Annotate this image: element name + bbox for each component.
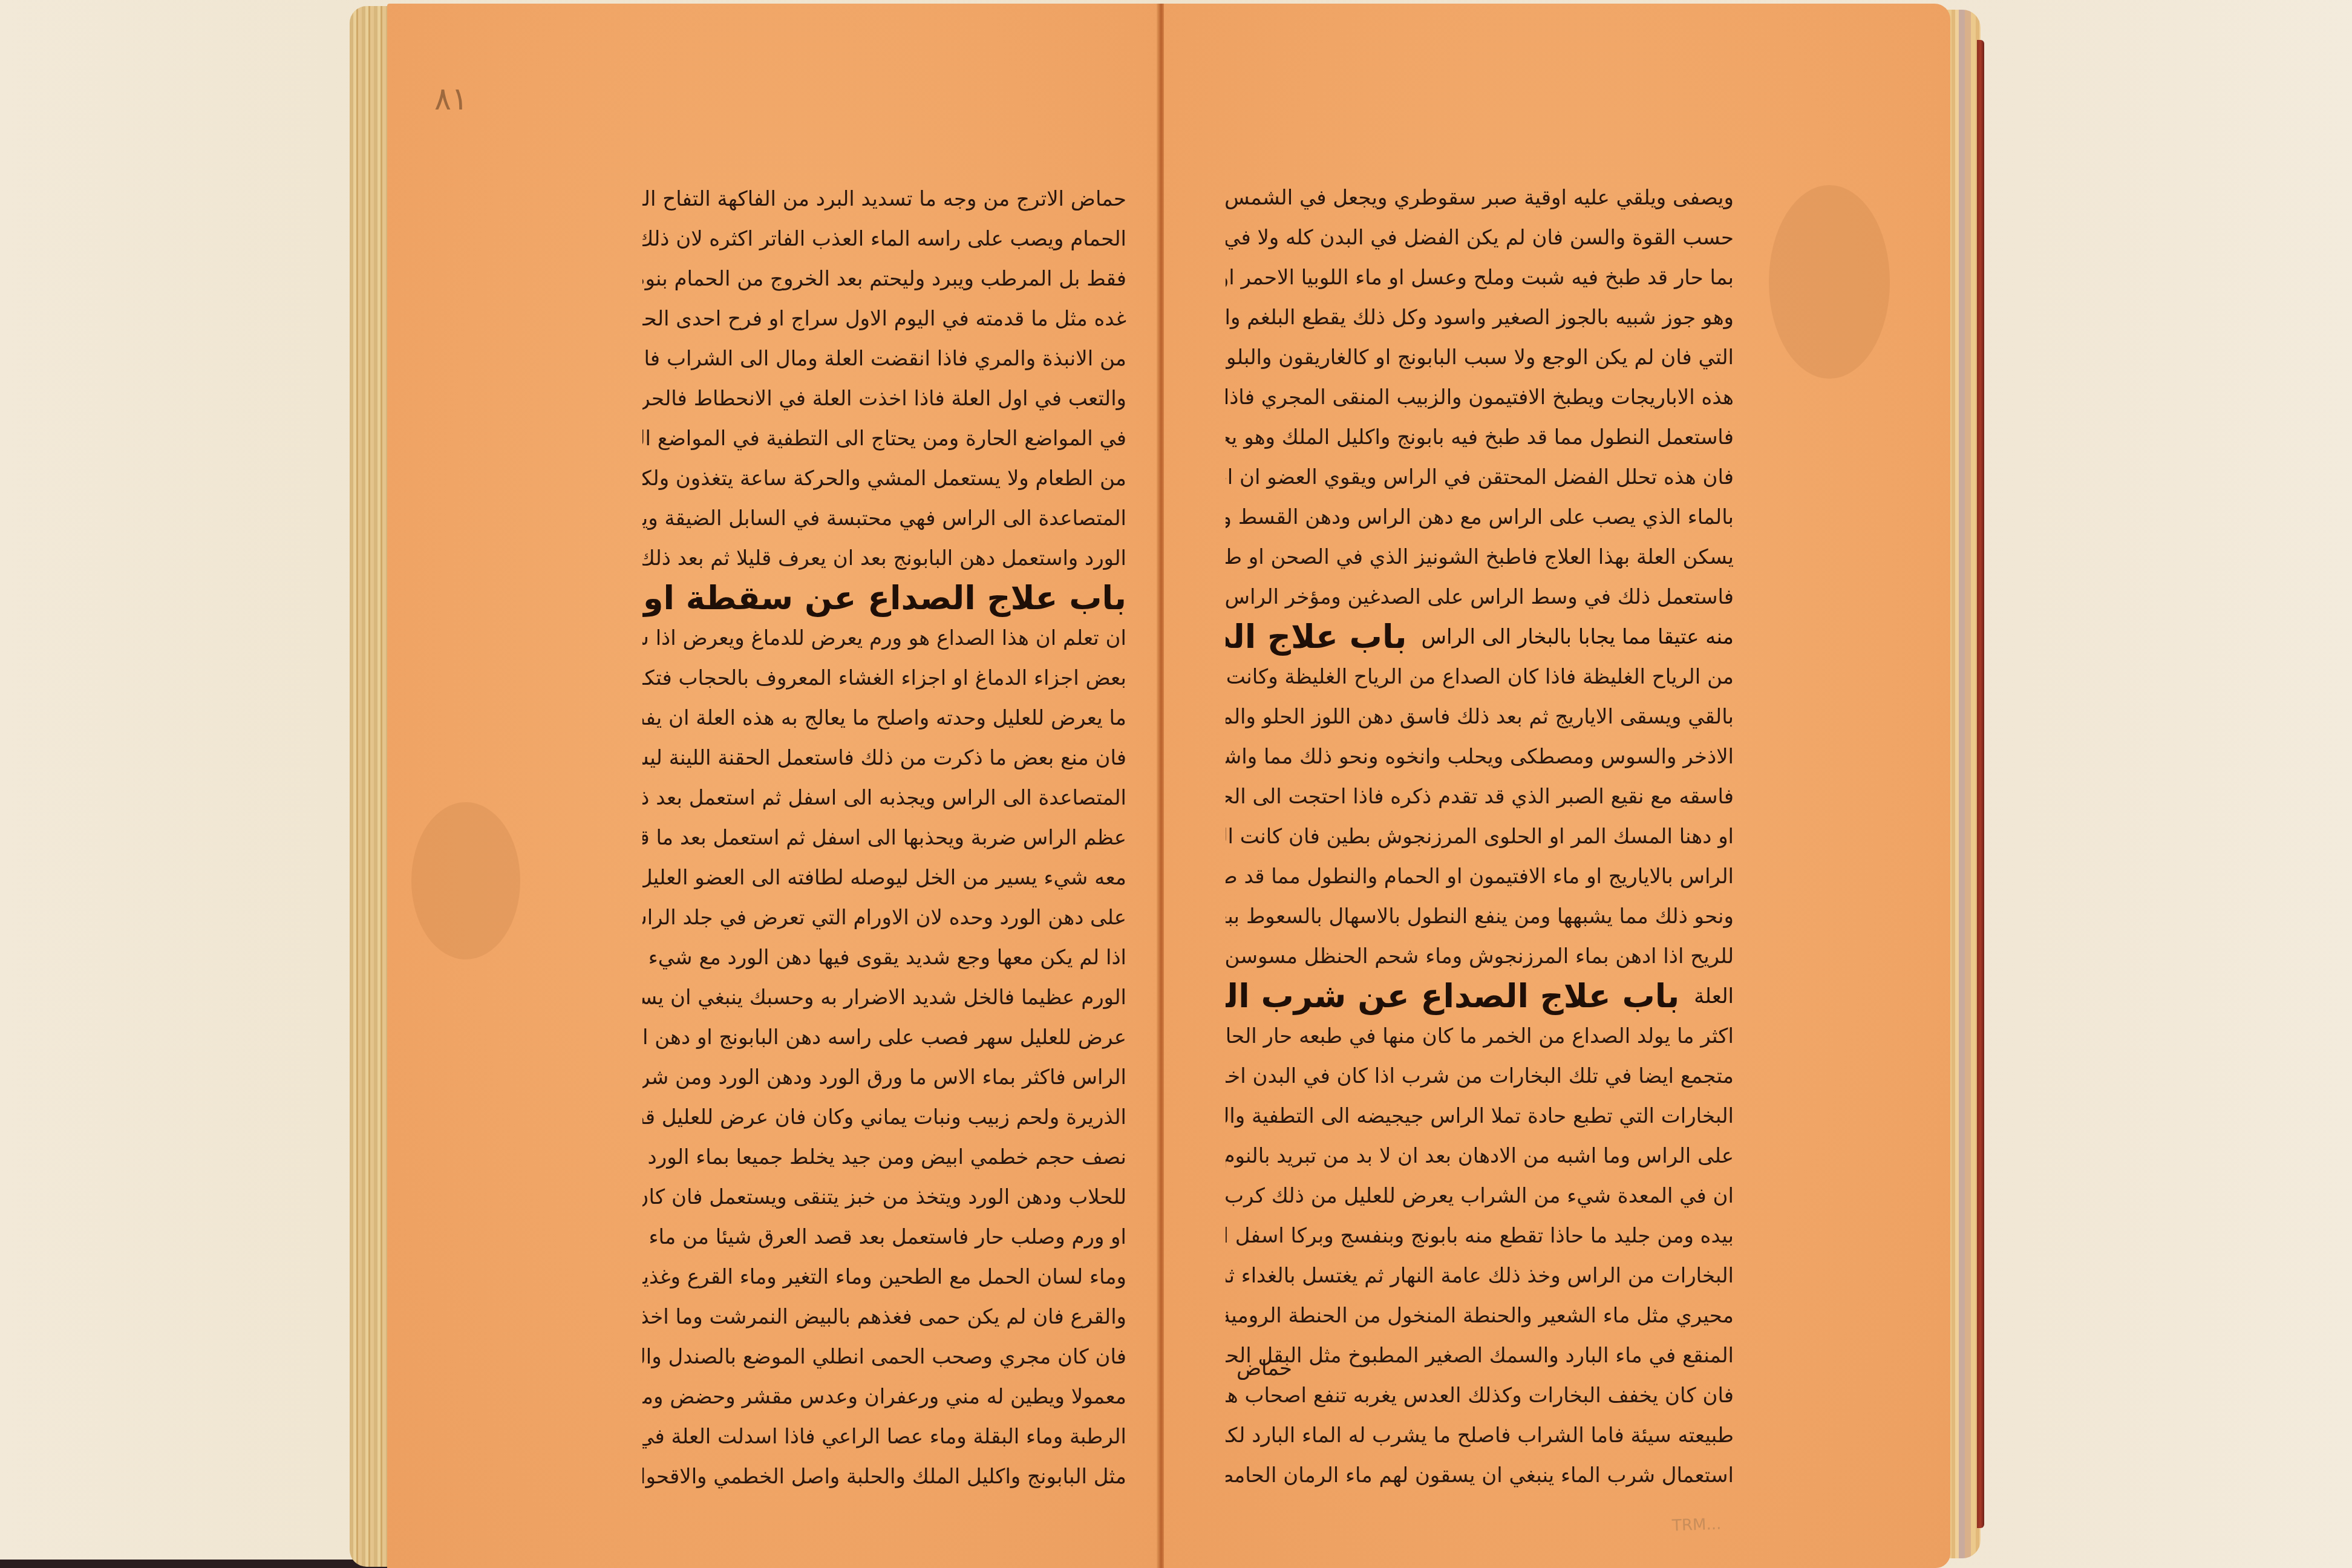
- text-line: الورد واستعمل دهن البابونج بعد ان يعرف ق…: [642, 538, 1126, 578]
- text-line: التي فان لم يكن الوجع ولا سبب البابونج ا…: [1226, 338, 1734, 377]
- text-line: الراس فاكثر بماء الاس ما ورق الورد ودهن …: [642, 1057, 1126, 1097]
- text-line: اكثر ما يولد الصداع من الخمر ما كان منها…: [1226, 1016, 1734, 1056]
- text-line: حماض الاترج من وجه ما تسديد البرد من الف…: [642, 179, 1126, 219]
- text-line: البخارات من الراس وخذ ذلك عامة النهار ثم…: [1226, 1256, 1734, 1296]
- pencil-annotation: TRM...: [1672, 1515, 1722, 1535]
- text-line: يسكن العلة بهذا العلاج فاطبخ الشونيز الذ…: [1226, 537, 1734, 577]
- open-manuscript: ٨١ حماض الاترج من وجه ما تسديد البرد من …: [350, 4, 1990, 1568]
- text-line: الورم عظيما فالخل شديد الاضرار به وحسبك …: [642, 978, 1126, 1018]
- text-line: من الانبذة والمري فاذا انقضت العلة ومال …: [642, 339, 1126, 379]
- text-line: فاسقه مع نقيع الصبر الذي قد تقدم ذكره فا…: [1226, 777, 1734, 817]
- text-line: استعمال شرب الماء ينبغي ان يسقون لهم ماء…: [1226, 1455, 1734, 1495]
- text-line: او ورم وصلب حار فاستعمل بعد قصد العرق شي…: [642, 1217, 1126, 1257]
- text-line: وماء لسان الحمل مع الطحين وماء التغير وم…: [642, 1257, 1126, 1297]
- text-line: ان تعلم ان هذا الصداع هو ورم يعرض للدماغ…: [642, 618, 1126, 658]
- left-page: ٨١ حماض الاترج من وجه ما تسديد البرد من …: [387, 4, 1159, 1568]
- text-fragment: منه عتيقا مما يجابا بالبخار الى الراس: [1421, 617, 1734, 657]
- left-text-block: حماض الاترج من وجه ما تسديد البرد من الف…: [642, 179, 1126, 1497]
- text-line: فاستعمل النطول مما قد طبخ فيه بابونج واك…: [1226, 417, 1734, 457]
- text-line: نصف حجم خطمي ابيض ومن جيد يخلط جميعا بما…: [642, 1137, 1126, 1177]
- text-line: متجمع ايضا في تلك البخارات من شرب اذا كا…: [1226, 1056, 1734, 1096]
- text-line: المنقع في ماء البارد والسمك الصغير المطب…: [1226, 1336, 1734, 1376]
- text-line: معمولا ويطين له مني ورعفران وعدس مقشر وح…: [642, 1377, 1126, 1417]
- text-line: والقرع فان لم يكن حمى فغذهم بالبيض النمر…: [642, 1297, 1126, 1337]
- text-line: ويصفى ويلقي عليه اوقية صبر سقوطري ويجعل …: [1226, 178, 1734, 218]
- text-line: على الراس وما اشبه من الادهان بعد ان لا …: [1226, 1136, 1734, 1176]
- text-line: معه شيء يسير من الخل ليوصله لطافته الى ا…: [642, 858, 1126, 898]
- text-line: بما حار قد طبخ فيه شبت وملح وعسل او ماء …: [1226, 258, 1734, 298]
- text-line: بعض اجزاء الدماغ او اجزاء الغشاء المعروف…: [642, 658, 1126, 698]
- right-page: ويصفى ويلقي عليه اوقية صبر سقوطري ويجعل …: [1164, 4, 1950, 1568]
- text-line: المتصاعدة الى الراس فهي محتبسة في السابل…: [642, 498, 1126, 538]
- text-line: ونحو ذلك مما يشبهها ومن ينفع النطول بالا…: [1226, 897, 1734, 936]
- text-line: للحلاب ودهن الورد ويتخذ من خبز يتنقى ويس…: [642, 1177, 1126, 1217]
- text-line: في المواضع الحارة ومن يحتاج الى التطفية …: [642, 419, 1126, 459]
- text-line: عرض للعليل سهر فصب على راسه دهن البابونج…: [642, 1018, 1126, 1057]
- text-line: للريح اذا ادهن بماء المرزنجوش وماء شحم ا…: [1226, 936, 1734, 976]
- text-line: غده مثل ما قدمته في اليوم الاول سراج او …: [642, 299, 1126, 339]
- right-text-block: ويصفى ويلقي عليه اوقية صبر سقوطري ويجعل …: [1226, 178, 1734, 1495]
- chapter-heading-row: منه عتيقا مما يجابا بالبخار الى الراس با…: [1226, 617, 1734, 657]
- left-page-stack-edge: [350, 6, 390, 1567]
- text-line: الراس بالاياريج او ماء الافتيمون او الحم…: [1226, 857, 1734, 897]
- text-line: الرطبة وماء البقلة وماء عصا الراعي فاذا …: [642, 1417, 1126, 1457]
- text-line: مثل البابونج واكليل الملك والحلبة واصل ا…: [642, 1457, 1126, 1497]
- folio-number: ٨١: [434, 81, 468, 117]
- text-line: هذه الاباريجات ويطبخ الافتيمون والزبيب ا…: [1226, 377, 1734, 417]
- chapter-heading: باب علاج الصداع من الرياح الغليظة: [1226, 617, 1406, 657]
- text-line: او دهنا المسك المر او الحلوى المرزنجوش ب…: [1226, 817, 1734, 857]
- text-line: وهو جوز شبيه بالجوز الصغير واسود وكل ذلك…: [1226, 298, 1734, 338]
- text-line: فان كان مجري وصحب الحمى انطلي الموضع بال…: [642, 1337, 1126, 1377]
- text-line: اذا لم يكن معها وجع شديد يقوى فيها دهن ا…: [642, 938, 1126, 978]
- text-line: الحمام ويصب على راسه الماء العذب الفاتر …: [642, 219, 1126, 259]
- text-line: ما يعرض للعليل وحدته واصلح ما يعالج به ه…: [642, 698, 1126, 738]
- text-line: والتعب في اول العلة فاذا اخذت العلة في ا…: [642, 379, 1126, 419]
- dark-surface-strip: [0, 1560, 387, 1568]
- text-fragment: العلة: [1694, 976, 1734, 1016]
- text-line: عظم الراس ضربة ويحذبها الى اسفل ثم استعم…: [642, 818, 1126, 858]
- text-line: المتصاعدة الى الراس ويجذبه الى اسفل ثم ا…: [642, 778, 1126, 818]
- text-line: ان في المعدة شيء من الشراب يعرض للعليل م…: [1226, 1176, 1734, 1216]
- paper-stain: [1769, 185, 1890, 379]
- text-line: الذريرة ولحم زبيب ونبات يماني وكان فان ع…: [642, 1097, 1126, 1137]
- chapter-heading: باب علاج الصداع عن سقطة او ضربة تعرض للد…: [642, 578, 1126, 618]
- text-line: حسب القوة والسن فان لم يكن الفضل في البد…: [1226, 218, 1734, 258]
- catchword: حماض: [1236, 1356, 1292, 1380]
- text-line: من الرياح الغليظة فاذا كان الصداع من الر…: [1226, 657, 1734, 697]
- text-line: بيده ومن جليد ما حاذا تقطع منه بابونج وب…: [1226, 1216, 1734, 1256]
- text-line: بالقي ويسقى الاياريج ثم بعد ذلك فاسق دهن…: [1226, 697, 1734, 737]
- text-line: فان هذه تحلل الفضل المحتقن في الراس ويقو…: [1226, 457, 1734, 497]
- text-line: طبيعته سيئة فاما الشراب فاصلح ما يشرب له…: [1226, 1416, 1734, 1455]
- text-line: فقط بل المرطب ويبرد وليحتم بعد الخروج من…: [642, 259, 1126, 299]
- text-line: من الطعام ولا يستعمل المشي والحركة ساعة …: [642, 459, 1126, 498]
- chapter-heading: باب علاج الصداع عن شرب الشراب: [1226, 976, 1679, 1016]
- text-line: فاستعمل ذلك في وسط الراس على الصدغين ومؤ…: [1226, 577, 1734, 617]
- text-line: على دهن الورد وحده لان الاورام التي تعرض…: [642, 898, 1126, 938]
- text-line: محيري مثل ماء الشعير والحنطة المنخول من …: [1226, 1296, 1734, 1336]
- text-line: فان منع بعض ما ذكرت من ذلك فاستعمل الحقن…: [642, 738, 1126, 778]
- text-line: بالماء الذي يصب على الراس مع دهن الراس و…: [1226, 497, 1734, 537]
- text-line: الاذخر والسوس ومصطكى ويحلب وانخوه ونحو ذ…: [1226, 737, 1734, 777]
- chapter-heading-row: العلة باب علاج الصداع عن شرب الشراب: [1226, 976, 1734, 1016]
- red-binding-edge: [1977, 40, 1984, 1528]
- text-line: فان كان يخفف البخارات وكذلك العدس يغربه …: [1226, 1376, 1734, 1416]
- right-page-stack-edge: [1947, 10, 1981, 1558]
- text-line: البخارات التي تطبع حادة تملا الراس جيجيض…: [1226, 1096, 1734, 1136]
- paper-stain: [411, 802, 520, 959]
